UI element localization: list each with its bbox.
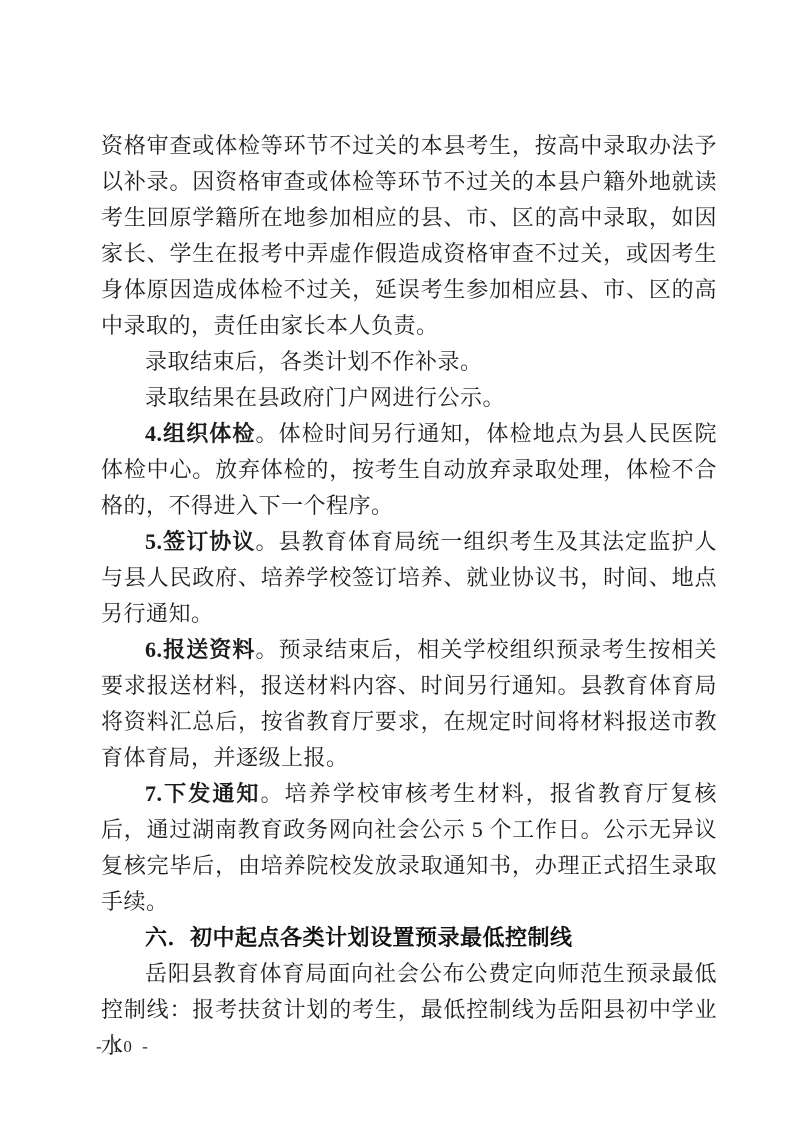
paragraph: 录取结果在县政府门户网进行公示。	[101, 380, 717, 416]
item-number-label: 7.下发通知	[145, 781, 261, 806]
paragraph-item-5: 5.签订协议。县教育体育局统一组织考生及其法定监护人与县人民政府、培养学校签订培…	[101, 524, 717, 632]
paragraph-item-7: 7.下发通知。培养学校审核考生材料，报省教育厅复核后，通过湖南教育政务网向社会公…	[101, 776, 717, 920]
page-number: - 10 -	[96, 1037, 151, 1057]
paragraph-continuation: 资格审查或体检等环节不过关的本县考生，按高中录取办法予以补录。因资格审查或体检等…	[101, 128, 717, 344]
paragraph-item-6: 6.报送资料。预录结束后，相关学校组织预录考生按相关要求报送材料，报送材料内容、…	[101, 632, 717, 776]
document-body: 资格审查或体检等环节不过关的本县考生，按高中录取办法予以补录。因资格审查或体检等…	[101, 128, 717, 1064]
paragraph: 录取结束后，各类计划不作补录。	[101, 344, 717, 380]
section-heading-six: 六．初中起点各类计划设置预录最低控制线	[101, 920, 717, 956]
item-number-label: 4.组织体检	[145, 421, 256, 446]
paragraph: 岳阳县教育体育局面向社会公布公费定向师范生预录最低控制线：报考扶贫计划的考生，最…	[101, 956, 717, 1064]
paragraph-text: 资格审查或体检等环节不过关的本县考生，按高中录取办法予以补录。因资格审查或体检等…	[101, 133, 717, 338]
section-heading-text: 六．初中起点各类计划设置预录最低控制线	[145, 925, 573, 950]
paragraph-item-4: 4.组织体检。体检时间另行通知，体检地点为县人民医院体检中心。放弃体检的，按考生…	[101, 416, 717, 524]
item-number-label: 6.报送资料	[145, 637, 256, 662]
paragraph-text: 录取结果在县政府门户网进行公示。	[145, 385, 505, 410]
item-number-label: 5.签订协议	[145, 529, 256, 554]
paragraph-text: 录取结束后，各类计划不作补录。	[145, 349, 483, 374]
document-page: 资格审查或体检等环节不过关的本县考生，按高中录取办法予以补录。因资格审查或体检等…	[0, 0, 793, 1122]
paragraph-text: 岳阳县教育体育局面向社会公布公费定向师范生预录最低控制线：报考扶贫计划的考生，最…	[101, 961, 717, 1058]
